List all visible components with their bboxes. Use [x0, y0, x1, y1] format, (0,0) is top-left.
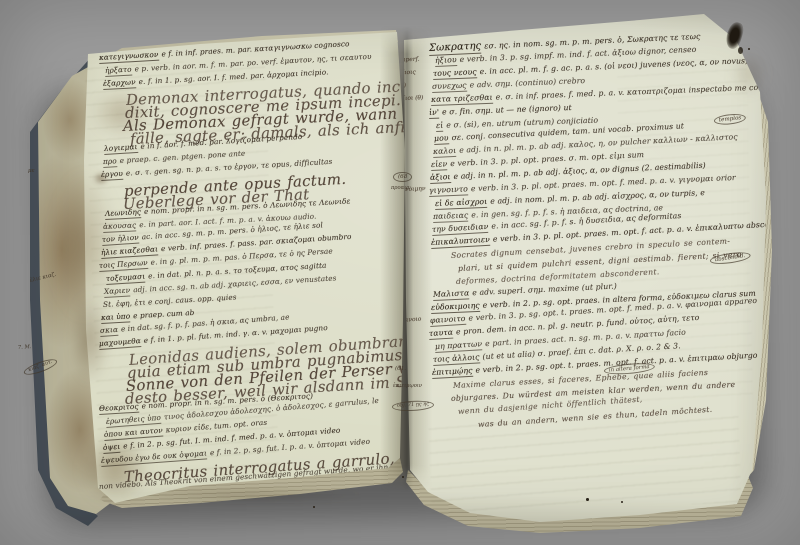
- greek-headword: ἐργου: [101, 169, 123, 181]
- greek-headword: συνεχως: [432, 81, 467, 93]
- manuscript-line: ἱν'e σ. fin. σημ. ut — ne (ignoro) ut: [429, 104, 572, 117]
- greek-headword: την δυσειδιαν: [432, 222, 489, 236]
- greek-headword: ἠρξατο: [105, 65, 132, 77]
- greek-headword: σκια: [100, 325, 119, 337]
- greek-headword: εἰ δε αἰσχροι: [435, 197, 488, 210]
- greek-headword: φαινοιτο: [430, 314, 466, 327]
- greek-headword: τον ἡλιον: [102, 233, 139, 246]
- greek-headword: Χαριεν: [104, 285, 131, 297]
- greek-headword: Μαλιστα: [432, 288, 469, 300]
- marginal-annotation: ἐπιτιμῳοιν: [393, 384, 422, 390]
- greek-headword: τοις Περσων: [99, 258, 148, 272]
- greek-headword: γιγνοιντο: [428, 184, 467, 196]
- greek-headword: εἰ: [435, 121, 443, 132]
- ink-blot: [724, 20, 746, 50]
- line-text: e adv. σημ. (continuo) crebro: [469, 76, 585, 90]
- greek-headword: κατα τριζεσθαι: [430, 93, 492, 106]
- greek-headword: τοξευμασι: [105, 272, 145, 285]
- greek-headword: Θεοκριτος: [99, 402, 139, 415]
- greek-headword: καλοι: [432, 146, 456, 158]
- line-text: e praep. cum ab: [133, 308, 195, 320]
- greek-headword: ἡλιε κιαζεσθαι: [100, 244, 158, 258]
- greek-headword: μαχουμεθα: [98, 336, 140, 349]
- greek-headword: μη πραττων: [435, 339, 483, 352]
- manuscript-line: (θ)συνεχωςe adv. σημ. (continuo) crebro: [432, 77, 585, 91]
- marginal-annotation: 7. M.: [18, 345, 32, 352]
- greek-headword: ἠξιου: [435, 55, 457, 66]
- margin-note: pag. 69.: [44, 56, 68, 63]
- greek-headword: Λεωνιδης: [105, 207, 142, 219]
- marginal-annotation: προαιρ:: [391, 186, 411, 192]
- greek-headword: εἰεν: [431, 159, 448, 170]
- greek-headword: κατεγιγνωσκον: [98, 50, 158, 64]
- greek-headword: ὀψει: [102, 442, 120, 454]
- greek-headword: εὐδοκιμοιης: [431, 301, 480, 314]
- greek-headword: Σωκρατης: [428, 41, 481, 56]
- greek-headword: παιδειας: [433, 211, 469, 223]
- greek-headword: προ: [102, 156, 116, 167]
- greek-headword: ἱν': [429, 108, 439, 119]
- manuscript-photo: pag. 69.κατεγιγνωσκονe f. in inf. praes.…: [0, 0, 800, 545]
- greek-headword: μου: [434, 133, 449, 144]
- greek-headword: ταυτα: [428, 328, 453, 340]
- ink-speck: [748, 48, 750, 50]
- marginal-annotation: με: [28, 168, 35, 174]
- greek-headword: ἐξαρχων: [103, 77, 136, 89]
- greek-headword: ἐπιτιμῴης: [432, 366, 473, 379]
- greek-headword: τοις ἀλλοις: [433, 352, 480, 365]
- greek-headword: ἐπικαλυπτοιεν: [430, 235, 490, 249]
- greek-headword: τους νεους: [433, 67, 477, 79]
- greek-headword: ἀκουσας: [103, 220, 137, 232]
- marginal-annotation: (61.: [395, 366, 406, 372]
- greek-headword: λογιεμαι: [104, 142, 138, 155]
- line-text: e σ. fin. σημ. ut — ne (ignoro) ut: [442, 103, 572, 117]
- ink-blot-tail: [738, 47, 743, 54]
- greek-headword: ἀξιοι: [430, 172, 451, 183]
- greek-headword: και ὑπο: [101, 311, 131, 323]
